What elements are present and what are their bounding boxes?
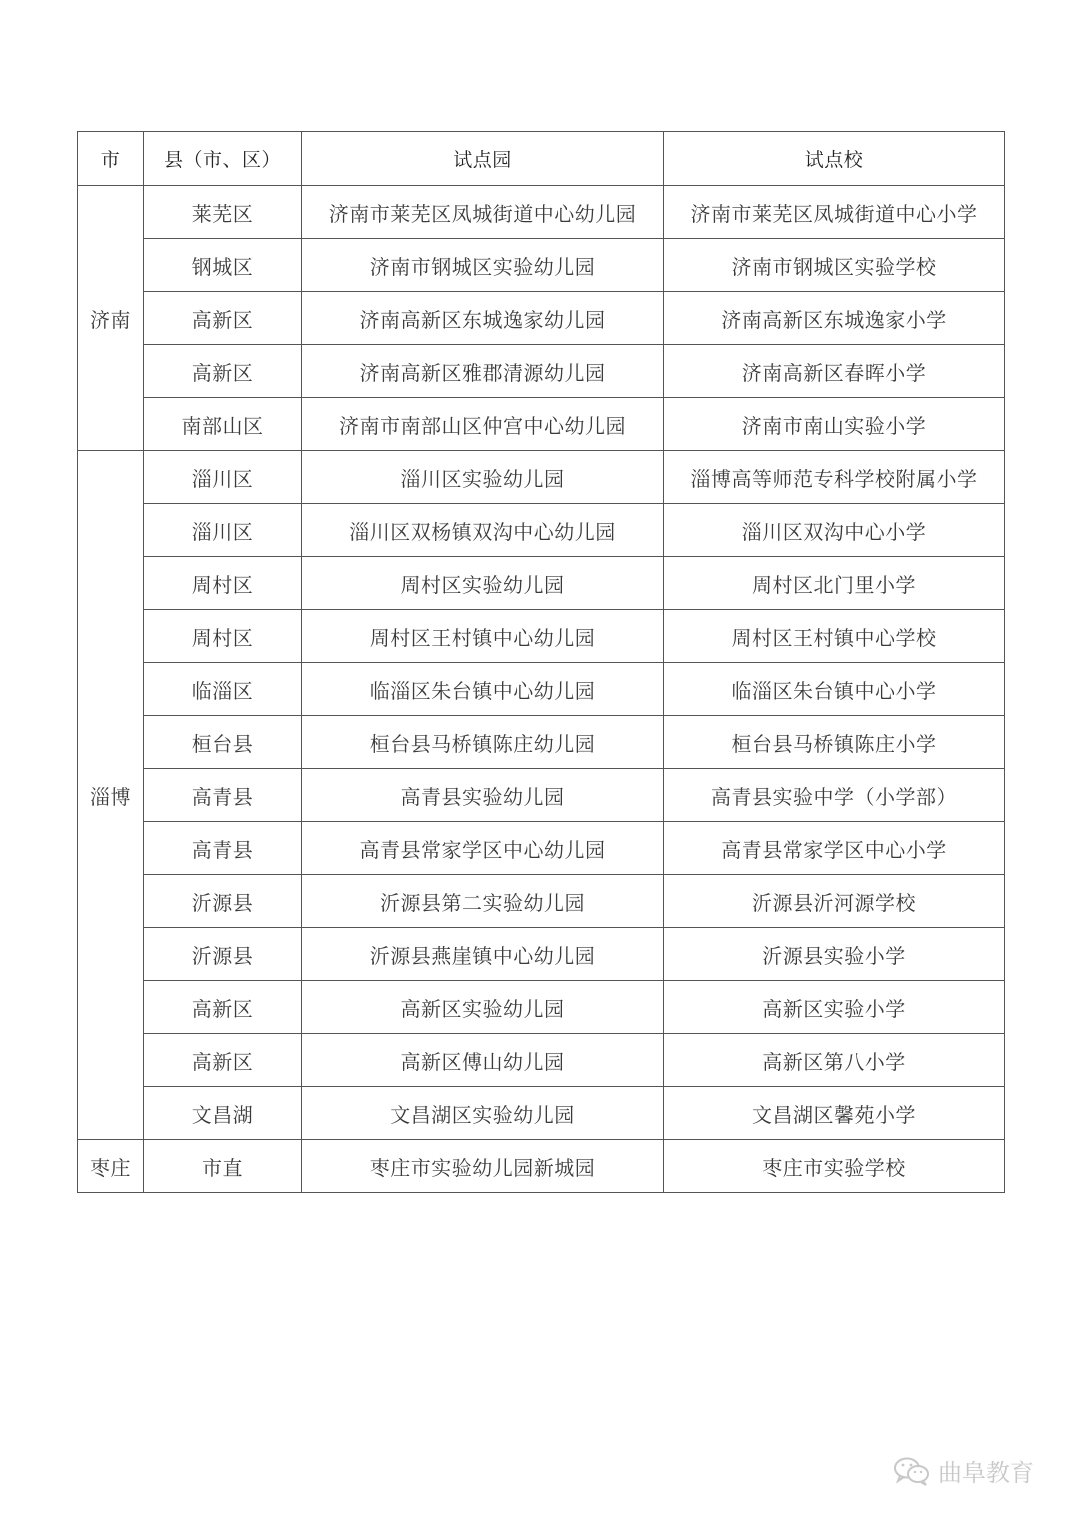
county-cell: 高青县 <box>144 769 302 822</box>
kindergarten-cell: 周村区王村镇中心幼儿园 <box>302 610 664 663</box>
table-row: 高新区 济南高新区东城逸家幼儿园 济南高新区东城逸家小学 <box>78 292 1005 345</box>
school-cell: 枣庄市实验学校 <box>664 1140 1005 1193</box>
table-row: 高青县 高青县实验幼儿园 高青县实验中学（小学部） <box>78 769 1005 822</box>
table-row: 沂源县 沂源县燕崖镇中心幼儿园 沂源县实验小学 <box>78 928 1005 981</box>
county-cell: 南部山区 <box>144 398 302 451</box>
school-cell: 周村区北门里小学 <box>664 557 1005 610</box>
kindergarten-cell: 高新区实验幼儿园 <box>302 981 664 1034</box>
county-cell: 钢城区 <box>144 239 302 292</box>
school-cell: 周村区王村镇中心学校 <box>664 610 1005 663</box>
wechat-icon <box>892 1456 932 1486</box>
kindergarten-cell: 文昌湖区实验幼儿园 <box>302 1087 664 1140</box>
city-cell: 济南 <box>78 186 144 451</box>
county-cell: 沂源县 <box>144 928 302 981</box>
school-cell: 高新区实验小学 <box>664 981 1005 1034</box>
county-cell: 周村区 <box>144 557 302 610</box>
school-cell: 沂源县实验小学 <box>664 928 1005 981</box>
table-row: 桓台县 桓台县马桥镇陈庄幼儿园 桓台县马桥镇陈庄小学 <box>78 716 1005 769</box>
table-row: 淄博 淄川区 淄川区实验幼儿园 淄博高等师范专科学校附属小学 <box>78 451 1005 504</box>
pilot-schools-table: 市 县（市、区） 试点园 试点校 济南 莱芜区 济南市莱芜区凤城街道中心幼儿园 … <box>77 131 1005 1193</box>
school-cell: 济南市钢城区实验学校 <box>664 239 1005 292</box>
kindergarten-cell: 济南市南部山区仲宫中心幼儿园 <box>302 398 664 451</box>
school-cell: 高青县实验中学（小学部） <box>664 769 1005 822</box>
county-cell: 高新区 <box>144 981 302 1034</box>
county-cell: 高新区 <box>144 1034 302 1087</box>
kindergarten-cell: 济南高新区雅郡清源幼儿园 <box>302 345 664 398</box>
school-cell: 桓台县马桥镇陈庄小学 <box>664 716 1005 769</box>
header-school: 试点校 <box>664 132 1005 186</box>
table-row: 淄川区 淄川区双杨镇双沟中心幼儿园 淄川区双沟中心小学 <box>78 504 1005 557</box>
county-cell: 沂源县 <box>144 875 302 928</box>
school-cell: 淄博高等师范专科学校附属小学 <box>664 451 1005 504</box>
table-row: 周村区 周村区王村镇中心幼儿园 周村区王村镇中心学校 <box>78 610 1005 663</box>
city-cell: 枣庄 <box>78 1140 144 1193</box>
county-cell: 临淄区 <box>144 663 302 716</box>
school-cell: 济南高新区东城逸家小学 <box>664 292 1005 345</box>
kindergarten-cell: 济南高新区东城逸家幼儿园 <box>302 292 664 345</box>
watermark-text: 曲阜教育 <box>938 1453 1034 1488</box>
watermark: 曲阜教育 <box>892 1453 1034 1488</box>
school-cell: 沂源县沂河源学校 <box>664 875 1005 928</box>
kindergarten-cell: 淄川区双杨镇双沟中心幼儿园 <box>302 504 664 557</box>
county-cell: 文昌湖 <box>144 1087 302 1140</box>
city-cell: 淄博 <box>78 451 144 1140</box>
header-city: 市 <box>78 132 144 186</box>
school-cell: 文昌湖区馨苑小学 <box>664 1087 1005 1140</box>
county-cell: 周村区 <box>144 610 302 663</box>
county-cell: 淄川区 <box>144 504 302 557</box>
header-kindergarten: 试点园 <box>302 132 664 186</box>
table-row: 文昌湖 文昌湖区实验幼儿园 文昌湖区馨苑小学 <box>78 1087 1005 1140</box>
county-cell: 市直 <box>144 1140 302 1193</box>
table-row: 沂源县 沂源县第二实验幼儿园 沂源县沂河源学校 <box>78 875 1005 928</box>
school-cell: 淄川区双沟中心小学 <box>664 504 1005 557</box>
kindergarten-cell: 高青县常家学区中心幼儿园 <box>302 822 664 875</box>
kindergarten-cell: 高新区傅山幼儿园 <box>302 1034 664 1087</box>
table-row: 钢城区 济南市钢城区实验幼儿园 济南市钢城区实验学校 <box>78 239 1005 292</box>
kindergarten-cell: 淄川区实验幼儿园 <box>302 451 664 504</box>
school-cell: 济南高新区春晖小学 <box>664 345 1005 398</box>
school-cell: 临淄区朱台镇中心小学 <box>664 663 1005 716</box>
kindergarten-cell: 周村区实验幼儿园 <box>302 557 664 610</box>
school-cell: 高新区第八小学 <box>664 1034 1005 1087</box>
table-row: 高新区 济南高新区雅郡清源幼儿园 济南高新区春晖小学 <box>78 345 1005 398</box>
table-row: 济南 莱芜区 济南市莱芜区凤城街道中心幼儿园 济南市莱芜区凤城街道中心小学 <box>78 186 1005 239</box>
table-row: 高新区 高新区傅山幼儿园 高新区第八小学 <box>78 1034 1005 1087</box>
county-cell: 莱芜区 <box>144 186 302 239</box>
county-cell: 高新区 <box>144 292 302 345</box>
kindergarten-cell: 济南市钢城区实验幼儿园 <box>302 239 664 292</box>
table-row: 高青县 高青县常家学区中心幼儿园 高青县常家学区中心小学 <box>78 822 1005 875</box>
county-cell: 桓台县 <box>144 716 302 769</box>
kindergarten-cell: 临淄区朱台镇中心幼儿园 <box>302 663 664 716</box>
table-row: 周村区 周村区实验幼儿园 周村区北门里小学 <box>78 557 1005 610</box>
kindergarten-cell: 枣庄市实验幼儿园新城园 <box>302 1140 664 1193</box>
table-row: 临淄区 临淄区朱台镇中心幼儿园 临淄区朱台镇中心小学 <box>78 663 1005 716</box>
school-cell: 高青县常家学区中心小学 <box>664 822 1005 875</box>
school-cell: 济南市莱芜区凤城街道中心小学 <box>664 186 1005 239</box>
header-row: 市 县（市、区） 试点园 试点校 <box>78 132 1005 186</box>
county-cell: 淄川区 <box>144 451 302 504</box>
county-cell: 高青县 <box>144 822 302 875</box>
header-county: 县（市、区） <box>144 132 302 186</box>
table-row: 枣庄 市直 枣庄市实验幼儿园新城园 枣庄市实验学校 <box>78 1140 1005 1193</box>
kindergarten-cell: 桓台县马桥镇陈庄幼儿园 <box>302 716 664 769</box>
kindergarten-cell: 高青县实验幼儿园 <box>302 769 664 822</box>
school-cell: 济南市南山实验小学 <box>664 398 1005 451</box>
table-row: 南部山区 济南市南部山区仲宫中心幼儿园 济南市南山实验小学 <box>78 398 1005 451</box>
kindergarten-cell: 济南市莱芜区凤城街道中心幼儿园 <box>302 186 664 239</box>
kindergarten-cell: 沂源县燕崖镇中心幼儿园 <box>302 928 664 981</box>
table-row: 高新区 高新区实验幼儿园 高新区实验小学 <box>78 981 1005 1034</box>
kindergarten-cell: 沂源县第二实验幼儿园 <box>302 875 664 928</box>
county-cell: 高新区 <box>144 345 302 398</box>
